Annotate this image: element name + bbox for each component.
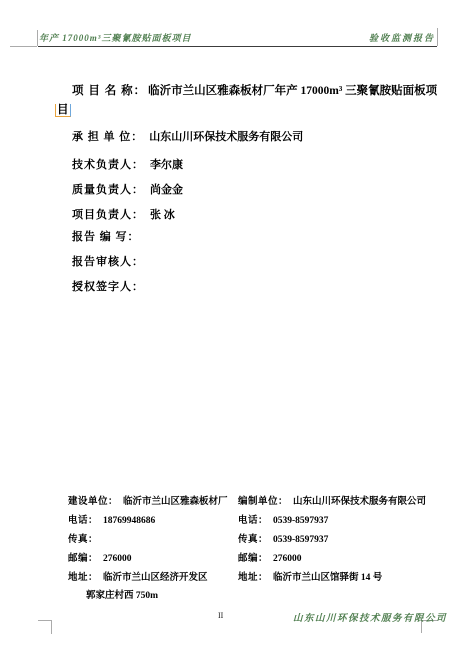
text-boundary-mark-bottom-left-h: [38, 620, 52, 621]
contact-value: 0539-8597937: [273, 535, 328, 545]
contact-right-zip: 邮编：276000: [238, 550, 302, 564]
text-boundary-mark-top-right-v: [437, 28, 438, 46]
contact-label: 地址：: [68, 573, 98, 583]
field-label: 承 担 单 位：: [72, 131, 143, 143]
contact-label: 电话：: [238, 516, 268, 526]
field-row-project-director: 项目负责人：张 冰: [72, 206, 175, 222]
field-label: 技术负责人：: [72, 159, 144, 171]
text-boundary-mark-top-left-h: [10, 46, 37, 47]
project-name-wrap-char: 目: [55, 104, 71, 117]
field-row-technical-director: 技术负责人：李尔康: [72, 156, 183, 172]
contact-value: 临沂市兰山区雅森板材厂: [123, 497, 228, 507]
header-rule: [38, 46, 437, 47]
document-page: 年产 17000m³三聚氰胺贴面板项目 验收监测报告 项 目 名 称：临沂市兰山…: [0, 0, 475, 672]
field-value: 李尔康: [150, 159, 183, 171]
contact-right-unit: 编制单位：山东山川环保技术服务有限公司: [238, 493, 426, 507]
contact-value: 山东山川环保技术服务有限公司: [293, 497, 426, 507]
footer-company-name: 山东山川环保技术服务有限公司: [293, 610, 447, 624]
field-row-undertaking-unit: 承 担 单 位：山东山川环保技术服务有限公司: [72, 128, 303, 144]
header-left-title: 年产 17000m³三聚氰胺贴面板项目: [39, 31, 191, 44]
contact-label: 地址：: [238, 573, 268, 583]
text-boundary-mark-bottom-left-v: [51, 620, 52, 634]
contact-left-fax: 传真：: [68, 531, 103, 545]
field-label: 报告 编 写：: [72, 231, 140, 243]
contact-value: 276000: [273, 554, 302, 564]
field-row-report-writer: 报告 编 写：: [72, 228, 146, 244]
field-label: 报告审核人：: [72, 256, 144, 268]
contact-value: 18769948686: [103, 516, 155, 526]
contact-value: 276000: [103, 554, 132, 564]
contact-left-address: 地址：临沂市兰山区经济开发区: [68, 569, 208, 583]
project-name-line2: 目: [55, 101, 71, 117]
field-row-report-reviewer: 报告审核人：: [72, 253, 150, 269]
contact-label: 建设单位：: [68, 497, 118, 507]
contact-label: 传真：: [238, 535, 268, 545]
contact-label: 邮编：: [238, 554, 268, 564]
field-row-authorized-signatory: 授权签字人：: [72, 278, 150, 294]
contact-value: 0539-8597937: [273, 516, 328, 526]
field-value: 山东山川环保技术服务有限公司: [149, 131, 303, 143]
contact-value: 临沂市兰山区经济开发区: [103, 573, 208, 583]
project-name-label: 项 目 名 称：: [72, 85, 146, 97]
project-name-value: 临沂市兰山区雅森板材厂年产 17000m³ 三聚氰胺贴面板项: [148, 85, 437, 97]
field-row-quality-director: 质量负责人：尚金金: [72, 181, 183, 197]
contact-right-phone: 电话：0539-8597937: [238, 512, 328, 526]
contact-label: 编制单位：: [238, 497, 288, 507]
contact-label: 传真：: [68, 535, 98, 545]
field-label: 质量负责人：: [72, 184, 144, 196]
contact-label: 电话：: [68, 516, 98, 526]
field-value: 张 冰: [150, 209, 175, 221]
field-value: 尚金金: [150, 184, 183, 196]
contact-right-fax: 传真：0539-8597937: [238, 531, 328, 545]
contact-left-zip: 邮编：276000: [68, 550, 132, 564]
header-right-title: 验收监测报告: [369, 31, 435, 44]
text-boundary-mark-top-left-v: [37, 30, 38, 46]
contact-value: 临沂市兰山区馆驿街 14 号: [273, 573, 382, 583]
contact-left-phone: 电话：18769948686: [68, 512, 155, 526]
field-label: 项目负责人：: [72, 209, 144, 221]
contact-right-address: 地址：临沂市兰山区馆驿街 14 号: [238, 569, 382, 583]
contact-left-address-line2: 郭家庄村西 750m: [86, 587, 158, 601]
project-name-line1: 项 目 名 称：临沂市兰山区雅森板材厂年产 17000m³ 三聚氰胺贴面板项: [72, 82, 437, 98]
field-label: 授权签字人：: [72, 281, 144, 293]
contact-label: 邮编：: [68, 554, 98, 564]
contact-left-unit: 建设单位：临沂市兰山区雅森板材厂: [68, 493, 228, 507]
page-number: II: [218, 611, 223, 620]
